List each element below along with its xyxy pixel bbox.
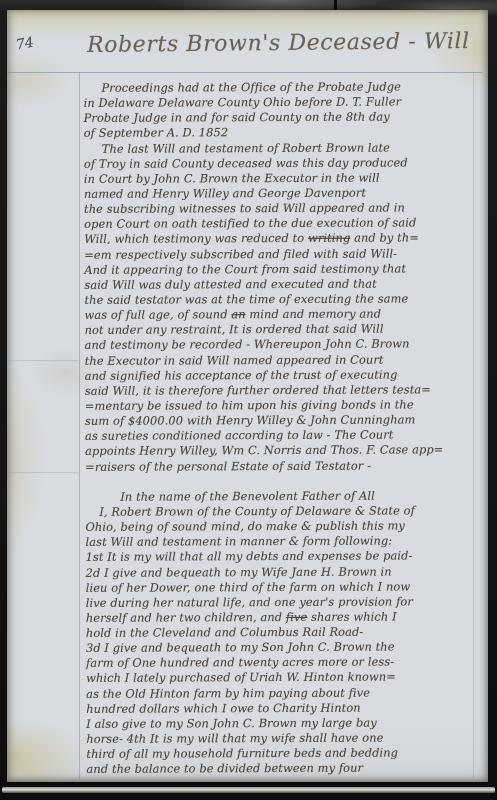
manuscript-line: third of all my household furniture beds… (86, 745, 478, 762)
manuscript-line: Will, which testimony was reduced to wri… (84, 231, 476, 248)
manuscript-line: hundred dollars which I owe to Charity H… (86, 700, 478, 717)
manuscript-line: of Troy in said County deceased was this… (84, 155, 476, 172)
manuscript-line: named and Henry Willey and George Davenp… (84, 185, 476, 202)
manuscript-line: 3d I give and bequeath to my Son John C.… (86, 639, 478, 656)
page-number: 74 (15, 35, 35, 54)
manuscript-line: Proceedings had at the Office of the Pro… (83, 79, 475, 96)
manuscript-line: The last Will and testament of Robert Br… (84, 140, 476, 157)
manuscript-line: Ohio, being of sound mind, do make & pub… (85, 518, 477, 535)
manuscript-line: Probate Judge in and for said County on … (84, 109, 476, 126)
manuscript-line: =mentary be issued to him upon his givin… (85, 397, 477, 414)
manuscript-line: sum of $4000.00 with Henry Willey & John… (85, 412, 477, 429)
left-margin-rule (79, 72, 80, 779)
manuscript-line: =em respectively subscribed and filed wi… (84, 246, 476, 263)
manuscript-line: I also give to my Son John C. Brown my l… (86, 715, 478, 732)
manuscript-line: and testimony be recorded - Whereupon Jo… (85, 337, 477, 354)
manuscript-line: in Delaware Delaware County Ohio before … (84, 94, 476, 111)
manuscript-line: =raisers of the personal Estate of said … (85, 458, 477, 475)
manuscript-line: In the name of the Benevolent Father of … (85, 488, 477, 505)
manuscript-line: not under any restraint, It is ordered t… (85, 321, 477, 338)
manuscript-line: horse- 4th It is my will that my wife sh… (86, 730, 478, 747)
manuscript-line: I, Robert Brown of the County of Delawar… (85, 503, 477, 520)
manuscript-line: was of full age, of sound an mind and me… (84, 306, 476, 323)
manuscript-line: hold in the Cleveland and Columbus Rail … (86, 624, 478, 641)
manuscript-lines: Proceedings had at the Office of the Pro… (83, 79, 478, 777)
manuscript-line: which I lately purchased of Uriah W. Hin… (86, 670, 478, 687)
document-title: Roberts Brown's Deceased - Will (87, 29, 470, 58)
manuscript-line: 1st It is my will that all my debts and … (86, 549, 478, 566)
blank-line (85, 473, 477, 490)
manuscript-line: the Executor in said Will named appeared… (85, 352, 477, 369)
table-edge-highlight (2, 787, 495, 793)
manuscript-line: in Court by John C. Brown the Executor i… (84, 170, 476, 187)
manuscript-page: 74 Roberts Brown's Deceased - Will Proce… (7, 10, 488, 782)
manuscript-line: farm of One hundred and twenty acres mor… (86, 654, 478, 671)
manuscript-line: herself and her two children, and five s… (86, 609, 478, 626)
manuscript-line: as sureties conditioned according to law… (85, 427, 477, 444)
manuscript-line: as the Old Hinton farm by him paying abo… (86, 685, 478, 702)
manuscript-line: open Court on oath testified to the due … (84, 215, 476, 232)
margin-tick-rule (7, 360, 79, 361)
manuscript-line: appoints Henry Willey, Wm C. Norris and … (85, 443, 477, 460)
manuscript-line: last Will and testament in manner & form… (85, 533, 477, 550)
manuscript-line: and the balance to be divided between my… (86, 760, 478, 777)
manuscript-line: said Will, it is therefore further order… (85, 382, 477, 399)
manuscript-line: And it appearing to the Court from said … (84, 261, 476, 278)
manuscript-line: lieu of her Dower, one third of the farm… (86, 579, 478, 596)
manuscript-line: 2d I give and bequeath to my Wife Jane H… (86, 564, 478, 581)
manuscript-line: of September A. D. 1852 (84, 125, 476, 142)
manuscript-line: the said testator was at the time of exe… (84, 291, 476, 308)
manuscript-line: live during her natural life, and one ye… (86, 594, 478, 611)
manuscript-line: the subscribing witnesses to said Will a… (84, 200, 476, 217)
manuscript-line: and signified his acceptance of the trus… (85, 367, 477, 384)
manuscript-line: said Will was duly attested and executed… (84, 276, 476, 293)
margin-tick-rule (7, 472, 79, 473)
